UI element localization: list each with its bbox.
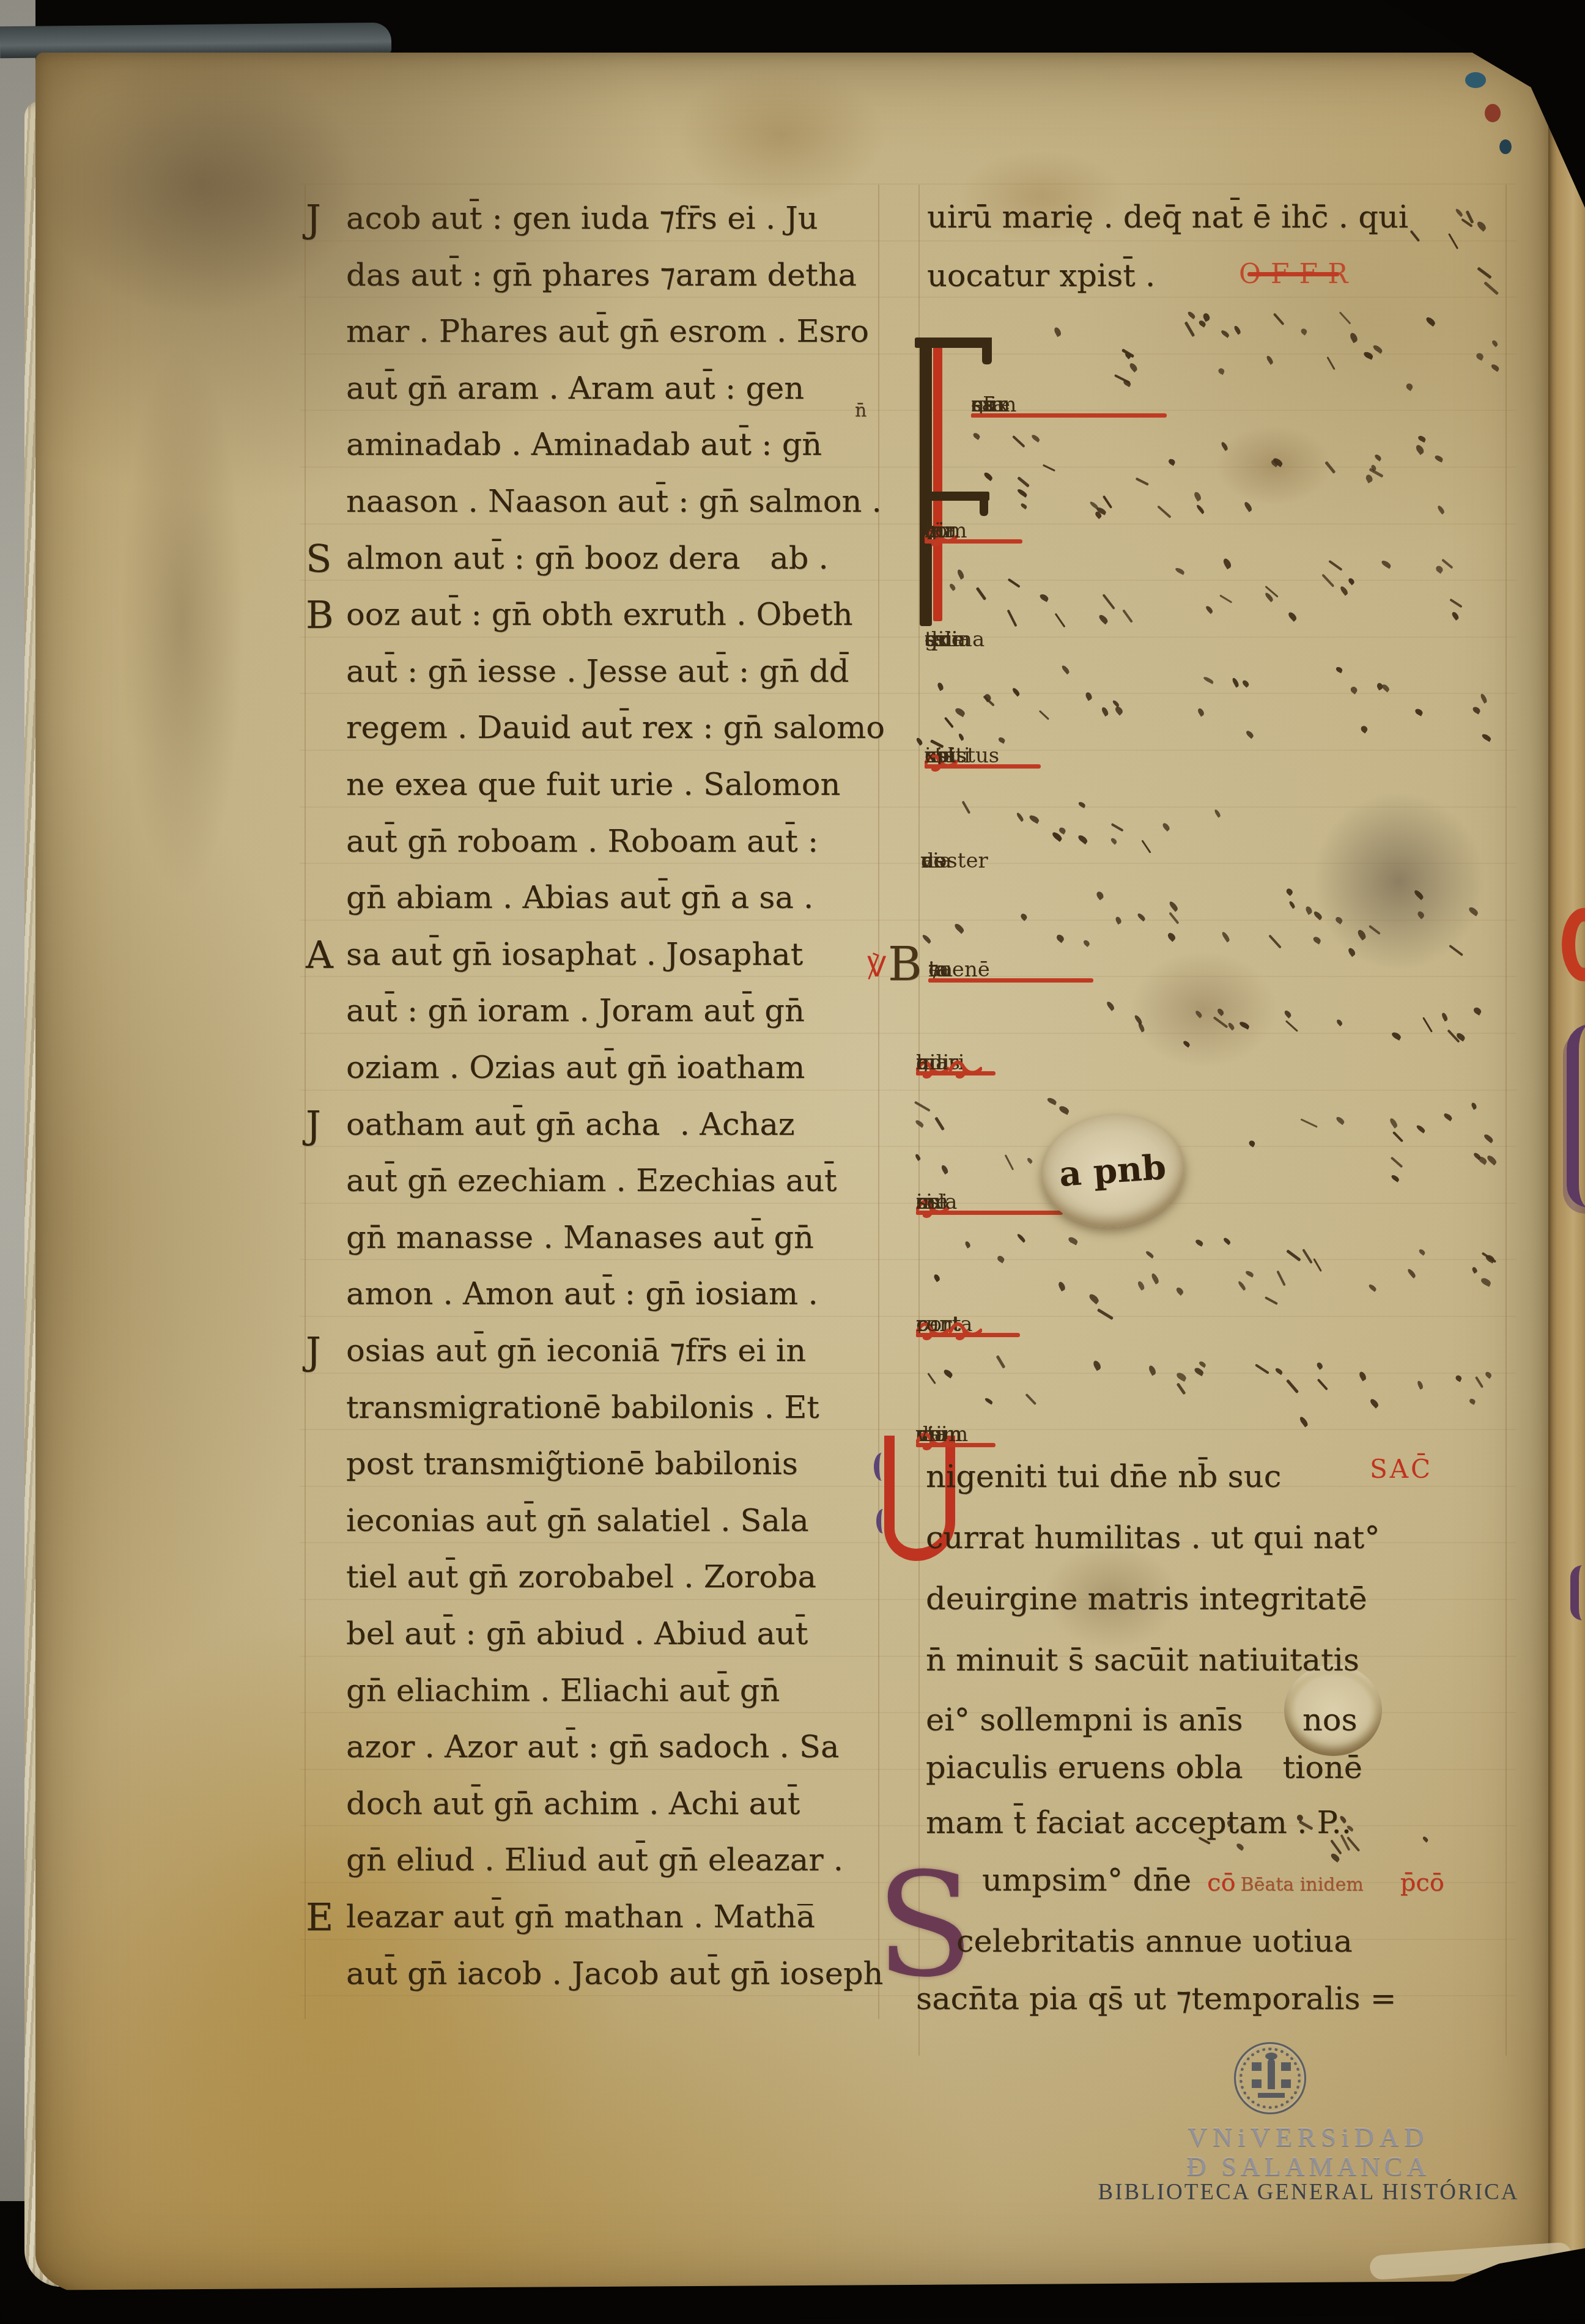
partial-purple-initial-2 — [1570, 1565, 1585, 1620]
stamp-university-name: VNiVERSiDAD — [1101, 2122, 1517, 2153]
seal-quadrant — [1281, 2062, 1291, 2071]
prayer-text-line: currat humilitas . ut qui nat° — [926, 1520, 1380, 1557]
stamp-library-name: BIBLIOTECA GENERAL HISTÓRICA — [1046, 2179, 1572, 2205]
stamp-university-name-2: Ð SALAMANCA — [1101, 2151, 1517, 2182]
postcommunion-rubric: p̄cō — [1400, 1868, 1444, 1897]
prayer-text-line: mam t̄ faciat acceptam . P.. — [926, 1805, 1351, 1842]
prayer-text-line: sacn̄ta pia qs̄ ut ⁊temporalis = — [916, 1981, 1397, 2018]
prayer-text: umpsim° dn̄e — [982, 1862, 1191, 1898]
secret-rubric: SAC̄ — [1370, 1454, 1433, 1484]
prayer-text: n̄ minuit s̄ sacūit natiuitatis — [926, 1642, 1359, 1678]
postcommunion-co-rubric: cō — [1207, 1868, 1235, 1897]
seal-quadrant — [1252, 2062, 1262, 2071]
prayer-text-line: celebritatis annue uotiua — [956, 1924, 1353, 1960]
prayer-text: piaculis eruens obla tionē — [926, 1750, 1362, 1786]
partial-red-initial — [1562, 908, 1585, 981]
binding-tassel-blue-2 — [1499, 139, 1512, 154]
prayer-text: currat humilitas . ut qui nat° — [926, 1520, 1380, 1556]
prayer-text-line: deuirgine matris integritatē — [926, 1581, 1367, 1618]
binding-tassel-red — [1485, 104, 1501, 122]
seal-tiara — [1265, 2053, 1277, 2060]
prayer-text: deuirgine matris integritatē — [926, 1581, 1367, 1617]
prayer-text-line: nigeniti tui dn̄e nb̄ suc — [926, 1459, 1281, 1496]
university-seal-icon — [1234, 2042, 1306, 2114]
prayer-text-line: n̄ minuit s̄ sacūit natiuitatis — [926, 1642, 1359, 1679]
seal-base — [1258, 2093, 1285, 2098]
prayer-text-line: ei° sollempni is anīs nos — [926, 1702, 1358, 1739]
manuscript-photo: Jacob aut̄ : gen iuda ⁊fr̄s ei . Judas a… — [0, 0, 1585, 2324]
seal-center-figure — [1268, 2059, 1275, 2089]
parchment-page: Jacob aut̄ : gen iuda ⁊fr̄s ei . Judas a… — [35, 53, 1548, 2298]
prayer-text: sacn̄ta pia qs̄ ut ⁊temporalis = — [916, 1981, 1397, 2017]
next-folio-edge — [1546, 55, 1585, 2293]
seal-quadrant — [1252, 2079, 1262, 2088]
prayer-section: nigeniti tui dn̄e nb̄ succurrat humilita… — [35, 53, 1548, 2298]
seal-quadrant — [1281, 2079, 1291, 2088]
partial-purple-initial — [1567, 1024, 1585, 1208]
prayer-text-line: umpsim° dn̄ecōBēata inidemp̄cō — [982, 1862, 1444, 1903]
prayer-text: mam t̄ faciat acceptam . P.. — [926, 1805, 1351, 1841]
prayer-text-line: piaculis eruens obla tionē — [926, 1750, 1362, 1787]
prayer-text: celebritatis annue uotiua — [956, 1924, 1353, 1960]
binding-tassel-blue — [1465, 72, 1486, 88]
postcommunion-note: Bēata inidem — [1241, 1874, 1364, 1895]
prayer-text: ei° sollempni is anīs nos — [926, 1702, 1358, 1738]
prayer-text: nigeniti tui dn̄e nb̄ suc — [926, 1459, 1281, 1495]
